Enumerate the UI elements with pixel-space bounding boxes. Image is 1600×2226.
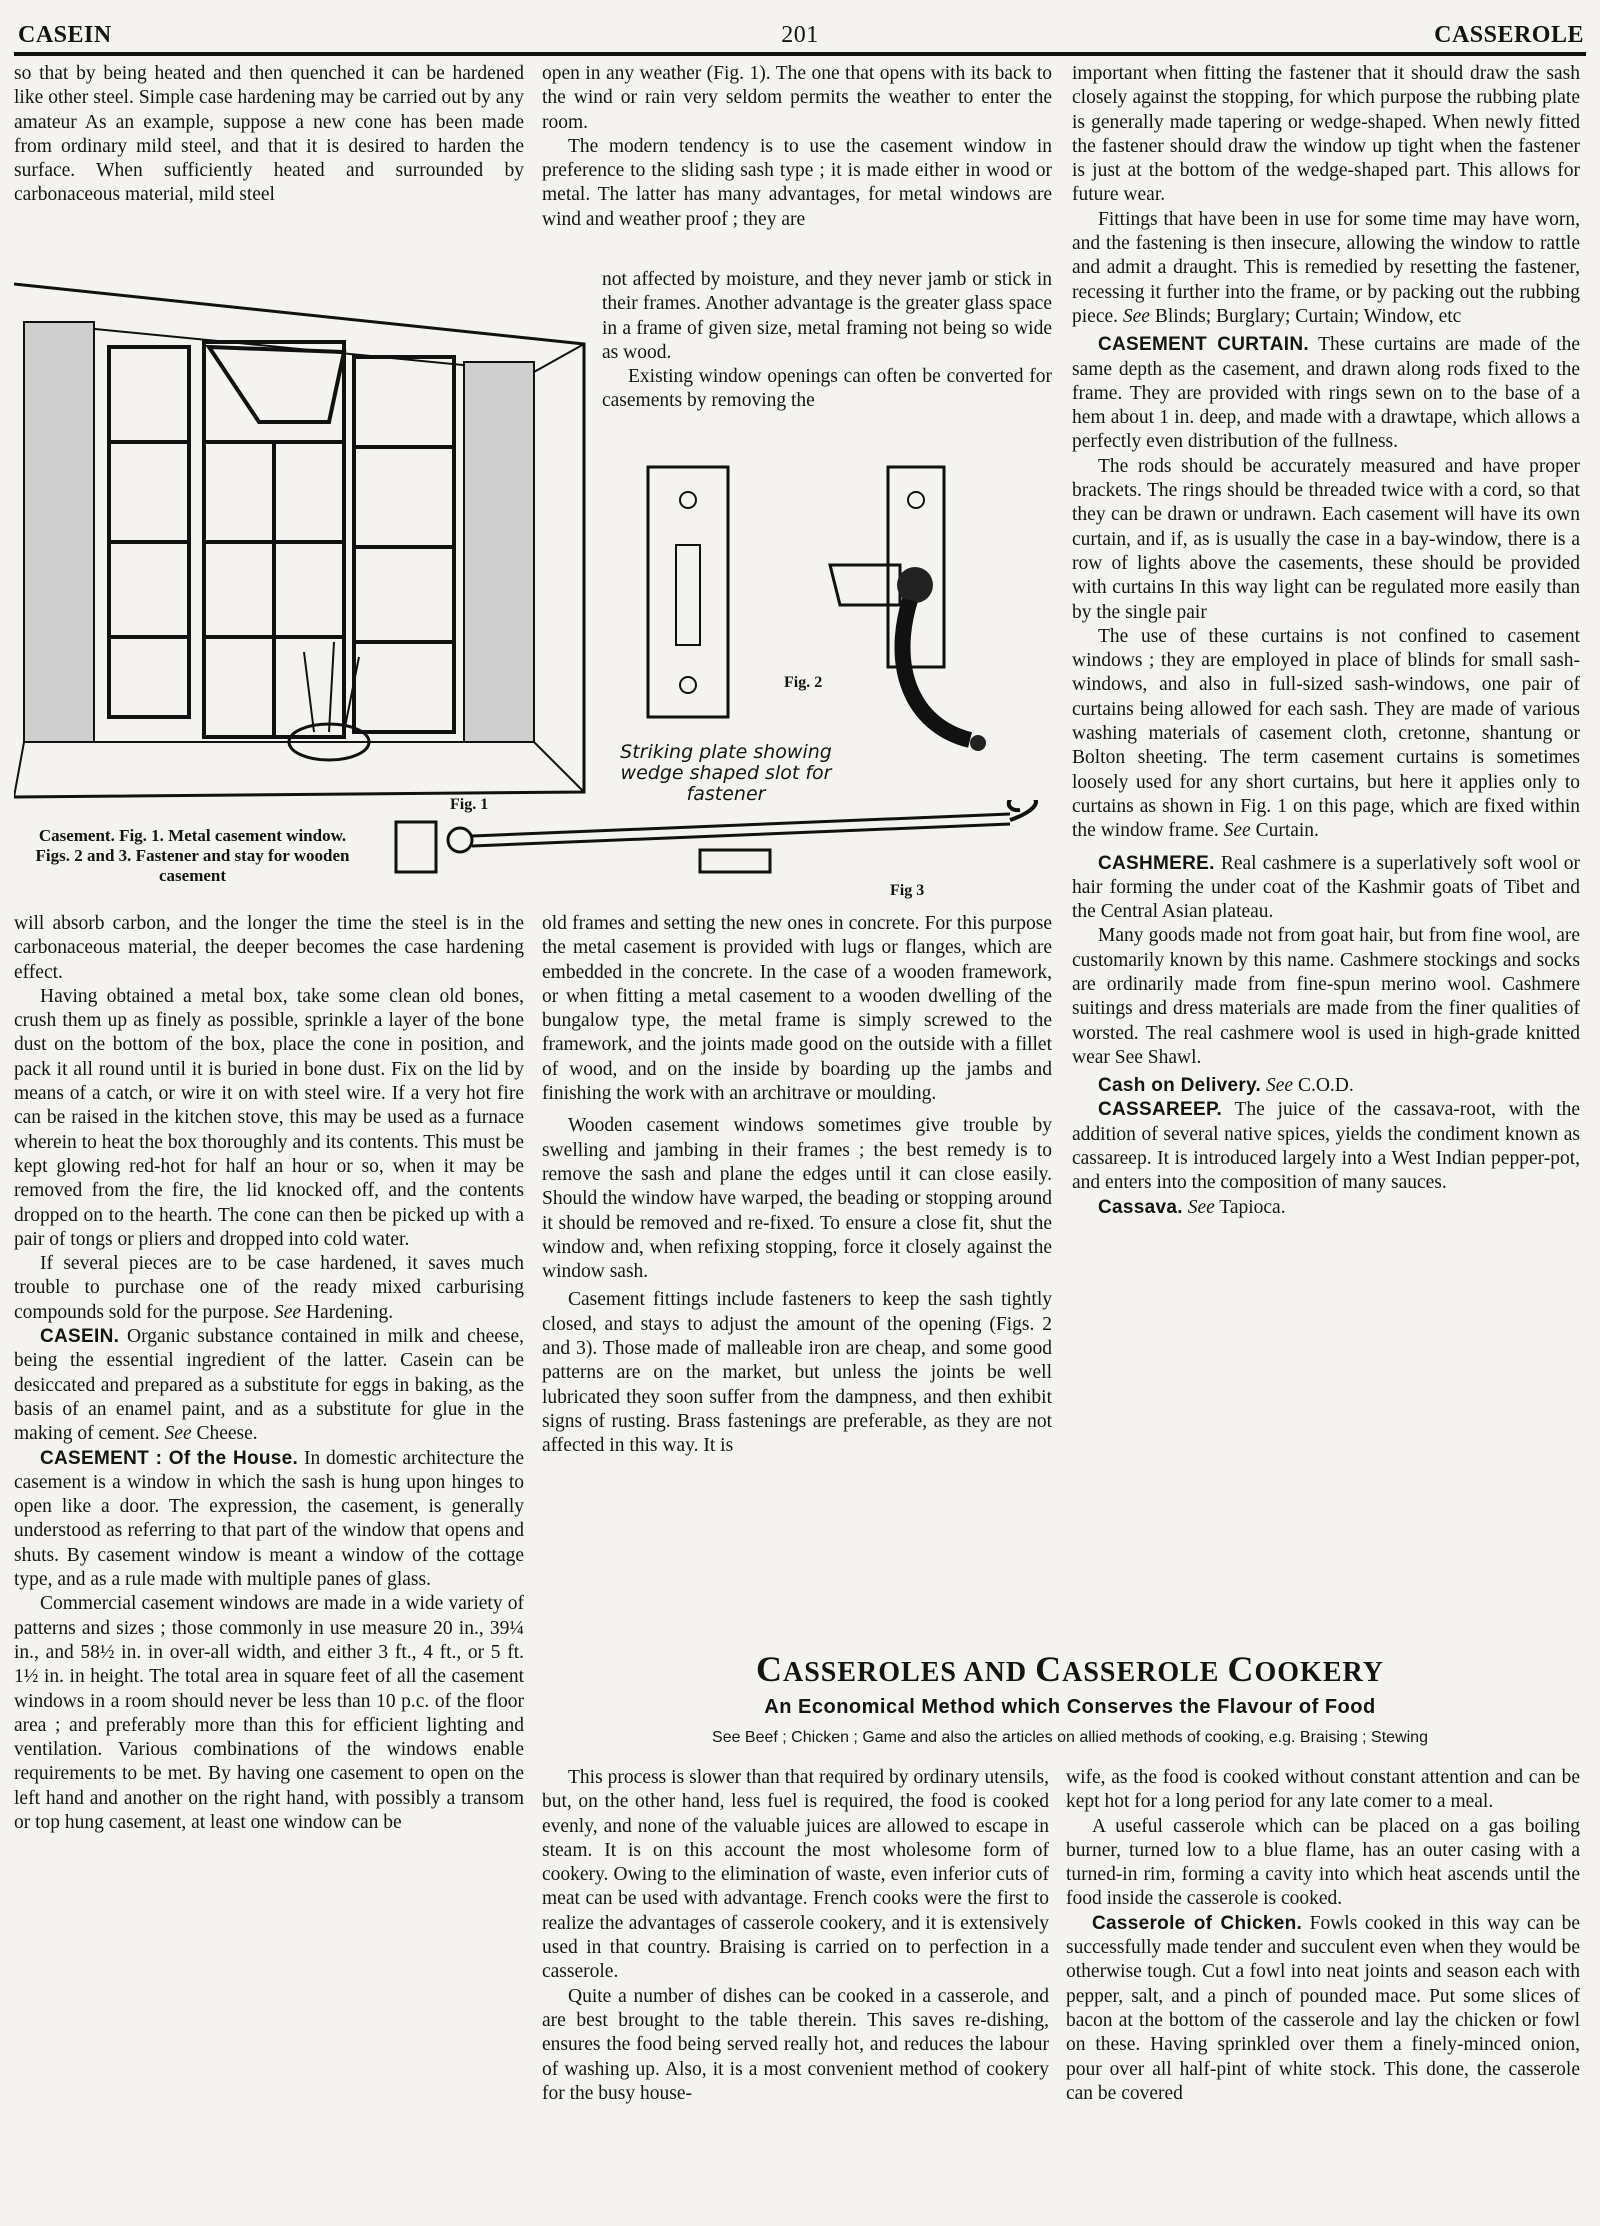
figure-caption: Casement. Fig. 1. Metal casement window.… xyxy=(20,826,365,886)
paragraph: important when fitting the fastener that… xyxy=(1072,62,1580,208)
article-subtitle: An Economical Method which Conserves the… xyxy=(540,1696,1600,1719)
casement-stay-illustration-icon xyxy=(390,800,1060,910)
article-heading: CASSEROLES AND CASSEROLE COOKERY An Econ… xyxy=(540,1648,1600,1747)
article-column-left: This process is slower than that require… xyxy=(542,1766,1049,2106)
article-title: CASSEROLES AND CASSEROLE COOKERY xyxy=(540,1648,1600,1690)
cross-reference: C.O.D. xyxy=(1298,1075,1354,1096)
paragraph: Casement fittings include fasteners to k… xyxy=(542,1288,1052,1458)
entry-casement: CASEMENT : Of the House. In domestic arc… xyxy=(14,1447,524,1593)
headword: CASSAREEP. xyxy=(1098,1099,1222,1120)
paragraph: The use of these curtains is not confine… xyxy=(1072,625,1580,844)
paragraph: This process is slower than that require… xyxy=(542,1766,1049,1985)
entry-casement-curtain: CASEMENT CURTAIN. These curtains are mad… xyxy=(1072,333,1580,454)
paragraph: Commercial casement windows are made in … xyxy=(14,1592,524,1835)
column-1: will absorb carbon, and the longer the t… xyxy=(14,912,524,1835)
fig3-label: Fig 3 xyxy=(890,882,924,900)
paragraph: open in any weather (Fig. 1). The one th… xyxy=(542,62,1052,135)
striking-plate-note: Striking plate showing wedge shaped slot… xyxy=(596,742,856,805)
paragraph: A useful casserole which can be placed o… xyxy=(1066,1815,1580,1912)
paragraph: Wooden casement windows sometimes give t… xyxy=(542,1114,1052,1284)
window-illustration-icon xyxy=(14,282,589,802)
entry-cashmere: CASHMERE. Real cashmere is a superlative… xyxy=(1072,852,1580,925)
article-column-right: wife, as the food is cooked without cons… xyxy=(1066,1766,1580,2106)
header-right-guideword: CASSEROLE xyxy=(1434,22,1584,49)
headword: CASEMENT : Of the House. xyxy=(40,1448,298,1469)
cross-reference: Cheese. xyxy=(196,1423,257,1444)
paragraph: Having obtained a metal box, take some c… xyxy=(14,985,524,1252)
cross-reference: Blinds; Burglary; Curtain; Window, etc xyxy=(1155,306,1462,327)
entry-cassava: Cassava. See Tapioca. xyxy=(1072,1196,1580,1220)
paragraph: If several pieces are to be case hardene… xyxy=(14,1252,524,1325)
column-1-top: so that by being heated and then quenche… xyxy=(14,62,524,208)
running-header: CASEIN 201 CASSEROLE xyxy=(14,14,1586,52)
headword: CASEIN. xyxy=(40,1326,119,1347)
entry-cash-on-delivery: Cash on Delivery. See C.O.D. xyxy=(1072,1074,1580,1098)
column-3: important when fitting the fastener that… xyxy=(1072,62,1580,1220)
entry-cassareep: CASSAREEP. The juice of the cassava-root… xyxy=(1072,1098,1580,1195)
fig2-label: Fig. 2 xyxy=(784,674,822,692)
headword: CASEMENT CURTAIN. xyxy=(1098,334,1309,355)
paragraph: Fittings that have been in use for some … xyxy=(1072,208,1580,329)
headword: CASHMERE. xyxy=(1098,853,1215,874)
paragraph: Existing window openings can often be co… xyxy=(602,365,1052,414)
paragraph: wife, as the food is cooked without cons… xyxy=(1066,1766,1580,1815)
column-2-wrapped: not affected by moisture, and they never… xyxy=(602,268,1052,414)
headword: Cash on Delivery. xyxy=(1098,1075,1261,1096)
entry-casserole-of-chicken: Casserole of Chicken. Fowls cooked in th… xyxy=(1066,1912,1580,2106)
paragraph: The rods should be accurately measured a… xyxy=(1072,455,1580,625)
paragraph: Quite a number of dishes can be cooked i… xyxy=(542,1985,1049,2106)
paragraph: not affected by moisture, and they never… xyxy=(602,268,1052,365)
column-2-top: open in any weather (Fig. 1). The one th… xyxy=(542,62,1052,232)
headword: Casserole of Chicken. xyxy=(1092,1913,1302,1934)
cross-reference: Hardening. xyxy=(306,1302,393,1323)
paragraph: will absorb carbon, and the longer the t… xyxy=(14,912,524,985)
column-2: old frames and setting the new ones in c… xyxy=(542,912,1052,1459)
page-number: 201 xyxy=(14,22,1586,49)
header-rule xyxy=(14,52,1586,56)
paragraph: so that by being heated and then quenche… xyxy=(14,62,524,208)
headword: Cassava. xyxy=(1098,1197,1183,1218)
article-see-also: See Beef ; Chicken ; Game and also the a… xyxy=(540,1729,1600,1747)
entry-casein: CASEIN. Organic substance contained in m… xyxy=(14,1325,524,1446)
cross-reference: Tapioca. xyxy=(1219,1197,1285,1218)
paragraph: Many goods made not from goat hair, but … xyxy=(1072,924,1580,1070)
paragraph: The modern tendency is to use the caseme… xyxy=(542,135,1052,232)
paragraph: old frames and setting the new ones in c… xyxy=(542,912,1052,1106)
cross-reference: Curtain. xyxy=(1256,820,1319,841)
